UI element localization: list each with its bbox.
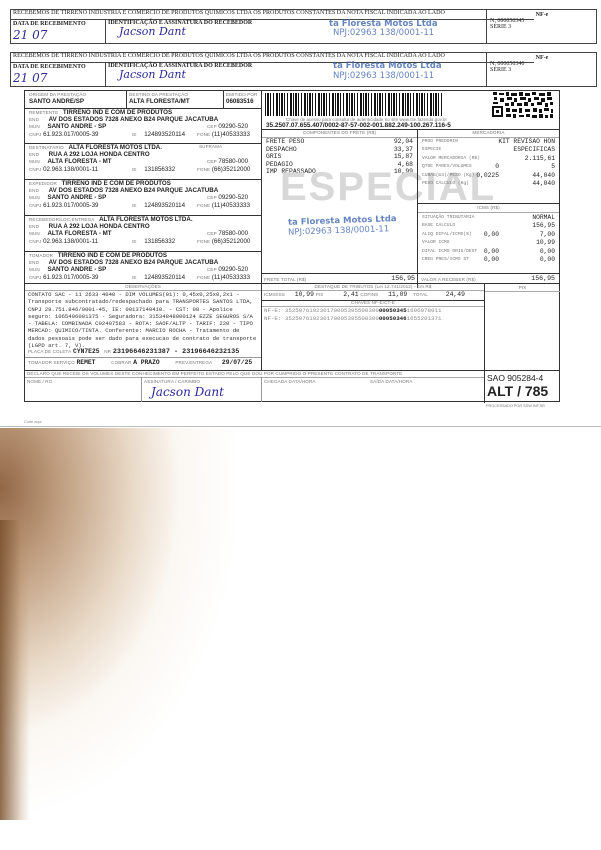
party-name: TIRRENO IND E COM DE PRODUTOS bbox=[62, 180, 171, 187]
party-fone: (11)40533333 bbox=[212, 131, 250, 138]
observacoes-title: OBSERVAÇÕES bbox=[25, 284, 261, 289]
party-municipio: ALTA FLORESTA - MT bbox=[47, 158, 111, 165]
party-fone: (11)40533333 bbox=[212, 202, 250, 209]
valor-receber: 156,95 bbox=[505, 275, 555, 282]
receipt-stub-1: RECEBEMOS DE TIRRENO INDUSTRIA E COMERCI… bbox=[10, 9, 597, 44]
qr-code-icon bbox=[489, 91, 559, 120]
frete-title: COMPONENTES DO FRETE (R$) bbox=[262, 130, 417, 135]
tributos-pis: 2,41 bbox=[343, 291, 358, 298]
party-name: ALTA FLORESTA MOTOS LTDA. bbox=[99, 216, 193, 223]
receipt-nfe-box: NF-e N. 000050345 SÉRIE 3 bbox=[486, 10, 597, 43]
party-name: TIRRENO IND E COM DE PRODUTOS bbox=[58, 252, 167, 259]
party-cep: 78580-000 bbox=[218, 230, 248, 237]
saida-label: SAÍDA DATA/HORA bbox=[370, 379, 412, 384]
party-cnpj: 61.923.017/0005-39 bbox=[43, 202, 98, 209]
tomador-servico-value: REMET bbox=[77, 359, 96, 366]
alt-code: ALT / 785 bbox=[487, 383, 548, 399]
receipt-date-label: DATA DE RECEBIMENTO bbox=[13, 64, 103, 70]
dacte-document: ORIGEM DA PRESTAÇÃO SANTO ANDRE/SP DESTI… bbox=[24, 90, 560, 402]
party-address: RUA A 292 LOJA HONDA CENTRO bbox=[49, 223, 150, 230]
party-cep: 09290-520 bbox=[218, 266, 248, 273]
receipt-date-box: DATA DE RECEBIMENTO 21 07 bbox=[11, 19, 106, 43]
frete-total: 156,95 bbox=[365, 275, 415, 282]
party-ie: 131856332 bbox=[144, 166, 175, 173]
observacoes-section: OBSERVAÇÕES CONTATO SAC - 11 2633 4040 -… bbox=[25, 284, 261, 370]
chave-nfe: NF-E: 3525076192301700053955003000005034… bbox=[264, 315, 441, 323]
receipt-stamp-name: ta Floresta Motos Ltda bbox=[333, 61, 442, 71]
placa-row: PLACA DE COLETA CYN7E25 NR 2319664623138… bbox=[28, 348, 239, 356]
prev-entrega-value: 29/07/25 bbox=[222, 359, 252, 366]
party-fone: (11)40533333 bbox=[212, 274, 250, 281]
destino-value: ALTA FLORESTA/MT bbox=[129, 98, 190, 105]
party-address: AV DOS ESTADOS 7328 ANEXO B24 PARQUE JAC… bbox=[49, 116, 219, 123]
mercadoria-section: MERCADORIA PROD PREDOMINKIT REVISAO HONE… bbox=[418, 129, 559, 204]
frete-components-section: COMPONENTES DO FRETE (R$) FRETE PESO92,0… bbox=[262, 129, 417, 273]
barcode bbox=[265, 93, 443, 116]
chaves-title: CHAVES NF-E/CT-E bbox=[262, 300, 484, 305]
tributos-total: 24,49 bbox=[446, 291, 465, 298]
paper-stain-edge bbox=[0, 520, 30, 820]
party-address: AV DOS ESTADOS 7328 ANEXO B24 PARQUE JAC… bbox=[49, 259, 219, 266]
emitido-label: EMITIDO POR bbox=[226, 92, 257, 97]
nr-value: 23196646231387 - 23196646232135 bbox=[113, 348, 239, 356]
icms-section: ICMS (R$) SITUAÇÃO TRIBUTÁRIANORMALBASE … bbox=[418, 203, 559, 273]
party-cnpj: 02.963.138/0001-11 bbox=[43, 166, 98, 173]
receipt-nfe-box: NF-e N. 000050346 SÉRIE 3 bbox=[486, 53, 597, 86]
origem-value: SANTO ANDRE/SP bbox=[29, 98, 84, 105]
valor-receber-label: VALOR A RECEBER (R$) bbox=[421, 277, 476, 282]
party-municipio: ALTA FLORESTA - MT bbox=[47, 230, 111, 237]
receipt-stamp-cnpj: NPJ:02963 138/0001-11 bbox=[333, 28, 434, 38]
origem-label: ORIGEM DA PRESTAÇÃO bbox=[29, 92, 86, 97]
party-tomador: TOMADOR TIRRENO IND E COM DE PRODUTOSEND… bbox=[25, 251, 261, 286]
observacoes-text: CONTATO SAC - 11 2633 4040 - DIM VOLUMES… bbox=[28, 291, 258, 349]
nfe-serie: SÉRIE 3 bbox=[490, 67, 594, 73]
tributos-title: DESTAQUE DE TRIBUTOS (Lei 12.741/2012) -… bbox=[262, 284, 484, 289]
party-ie: 124893520114 bbox=[144, 274, 185, 281]
paper-stain bbox=[0, 428, 260, 850]
chaves-items: NF-E: 3525076192301700053955003000005034… bbox=[264, 307, 441, 323]
sao-code: SAO 905284-4 bbox=[487, 373, 543, 383]
receipt-date-value: 21 07 bbox=[13, 71, 103, 85]
party-expedidor: EXPEDIDOR TIRRENO IND E COM DE PRODUTOSE… bbox=[25, 179, 261, 216]
tomador-row: TOMADOR SERVIÇO REMET COBRAR A PRAZO PRE… bbox=[28, 359, 252, 366]
tributos-cofins: 11,09 bbox=[388, 291, 407, 298]
party-ie: 131856332 bbox=[144, 238, 175, 245]
cobrar-value: A PRAZO bbox=[133, 359, 159, 366]
footer-declaracao: DECLARO QUE RECEBI OS VOLUMES DESTE CONH… bbox=[27, 371, 402, 376]
chave-acesso-section: Chave de acesso para consulta de autenti… bbox=[262, 91, 559, 130]
party-address: AV DOS ESTADOS 7328 ANEXO B24 PARQUE JAC… bbox=[49, 187, 219, 194]
party-name: ALTA FLORESTA MOTOS LTDA. bbox=[68, 144, 162, 151]
party-name: TIRRENO IND E COM DE PRODUTOS bbox=[63, 109, 172, 116]
chaves-section: CHAVES NF-E/CT-E NF-E: 35250761923017000… bbox=[262, 300, 484, 370]
tributos-row: ICMS/ISS 10,99 PIS 2,41 COFINS 11,09 TOT… bbox=[264, 291, 482, 298]
icms-title: ICMS (R$) bbox=[418, 205, 559, 210]
party-municipio: SANTO ANDRE - SP bbox=[47, 266, 106, 273]
party-cep: 09290-520 bbox=[218, 123, 248, 130]
chave-acesso: 35.2507.07.655.407/0002-87-57-002-001.88… bbox=[266, 122, 451, 129]
party-cnpj: 61.923.017/0005-39 bbox=[43, 274, 98, 281]
nome-rg-label: NOME / RG bbox=[27, 379, 52, 384]
receipt-date-box: DATA DE RECEBIMENTO 21 07 bbox=[11, 62, 106, 86]
chegada-label: CHEGADA DATA/HORA bbox=[264, 379, 316, 384]
tributos-icmsiss: 10,99 bbox=[295, 291, 314, 298]
receipt-date-label: DATA DE RECEBIMENTO bbox=[13, 21, 103, 27]
party-destinat-rio: DESTINATÁRIO ALTA FLORESTA MOTOS LTDA.SU… bbox=[25, 143, 261, 180]
tributos-section: DESTAQUE DE TRIBUTOS (Lei 12.741/2012) -… bbox=[262, 284, 484, 301]
placa-value: CYN7E25 bbox=[73, 348, 99, 355]
receipt-date-value: 21 07 bbox=[13, 28, 103, 42]
receipt-signature: Jacson Dant bbox=[119, 68, 186, 81]
party-cnpj: 02.963.138/0001-11 bbox=[43, 238, 98, 245]
party-municipio: SANTO ANDRE - SP bbox=[47, 123, 106, 130]
party-cnpj: 61.923.017/0005-39 bbox=[43, 131, 98, 138]
party-municipio: SANTO ANDRE - SP bbox=[47, 194, 106, 201]
mercadoria-title: MERCADORIA bbox=[418, 130, 559, 135]
corte-aqui: Corte aqui bbox=[24, 420, 42, 424]
receipt-signature: Jacson Dant bbox=[119, 25, 186, 38]
party-ie: 124893520114 bbox=[144, 202, 185, 209]
receipt-stub-2: RECEBEMOS DE TIRRENO INDUSTRIA E COMERCI… bbox=[10, 52, 597, 87]
party-recebedor-loc-entrega: RECEBEDOR/LOC.ENTREGA ALTA FLORESTA MOTO… bbox=[25, 215, 261, 252]
emitido-value: 06083516 bbox=[226, 98, 254, 105]
prestacao-header: ORIGEM DA PRESTAÇÃO SANTO ANDRE/SP DESTI… bbox=[25, 91, 261, 109]
party-cep: 09290-520 bbox=[218, 194, 248, 201]
party-address: RUA A 292 LOJA HONDA CENTRO bbox=[49, 151, 150, 158]
chave-nfe: NF-E: 3525076192301700053955003000005034… bbox=[264, 307, 441, 315]
nfe-serie: SÉRIE 3 bbox=[490, 24, 594, 30]
party-ie: 124893520114 bbox=[144, 131, 185, 138]
frete-stamp-cnpj: NPJ:02963 138/0001-11 bbox=[288, 224, 389, 238]
party-fone: (66)35212000 bbox=[212, 238, 251, 245]
assinatura-label: ASSINATURA / CARIMBO bbox=[144, 379, 200, 384]
party-remetente: REMETENTE TIRRENO IND E COM DE PRODUTOSE… bbox=[25, 108, 261, 144]
footer-signature: Jacson Dant bbox=[151, 385, 224, 399]
processado-por: PROCESSADO POR SSW INF.SR bbox=[486, 404, 545, 408]
party-fone: (66)35212000 bbox=[212, 166, 251, 173]
frete-total-label: FRETE TOTAL (R$) bbox=[264, 277, 306, 282]
receipt-stamp-cnpj: NPJ:02963 138/0001-11 bbox=[333, 71, 434, 81]
destino-label: DESTINO DA PRESTAÇÃO bbox=[129, 92, 188, 97]
pix-title: PIX bbox=[485, 285, 560, 290]
party-cep: 78580-000 bbox=[218, 158, 248, 165]
